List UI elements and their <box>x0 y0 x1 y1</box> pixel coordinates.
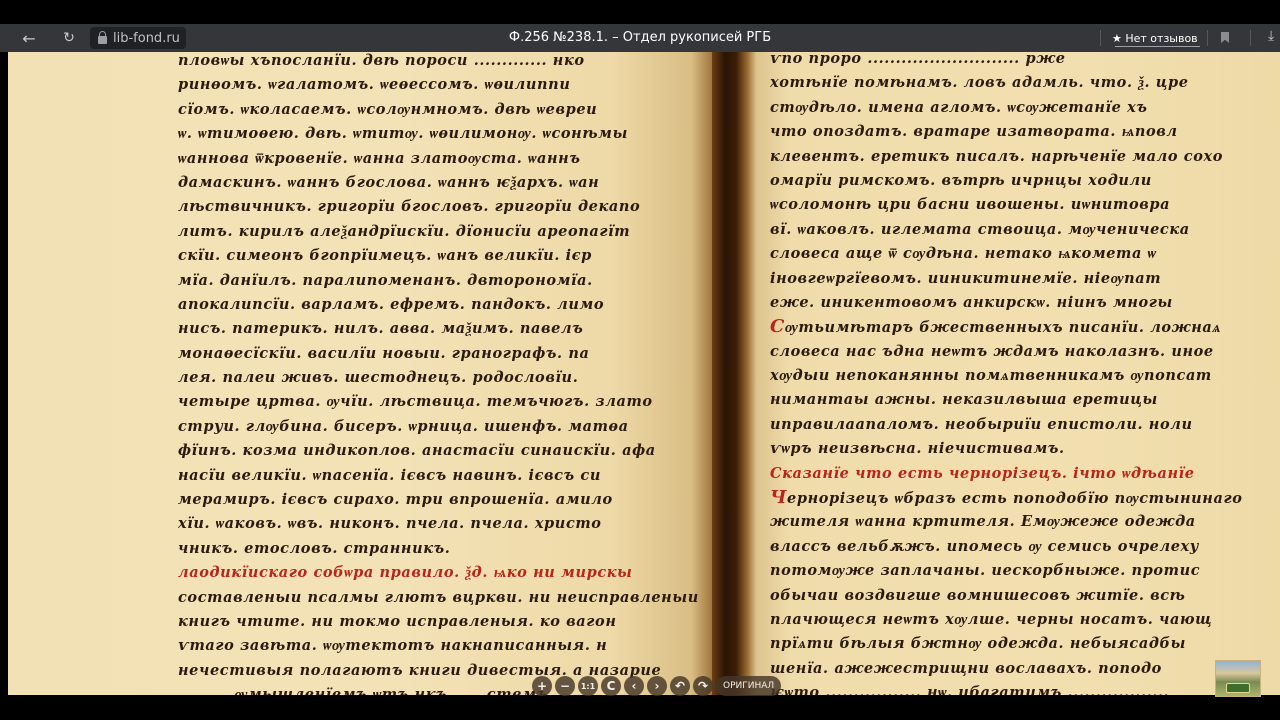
url-bar[interactable]: lib-fond.ru <box>90 27 186 49</box>
manuscript-line: ринѳомъ. ѡгалатомъ. ѡеѳессомъ. ѡѳилиппи <box>178 73 703 97</box>
manuscript-line: ѡаннова ѿкровенїе. ѡанна златоѹста. ѡанн… <box>178 147 703 171</box>
manuscript-line: клевентъ. еретикъ писалъ. нарѣченїе мало… <box>770 145 1280 169</box>
manuscript-line: влассъ вельбѫжъ. ипомесь ѹ семись очреле… <box>770 535 1280 559</box>
manuscript-line: апокалипсїи. варламъ. ефремъ. пандокъ. л… <box>178 293 703 317</box>
manuscript-line: сїомъ. ѡколасаемъ. ѡсолѹнмномъ. двѣ ѡевр… <box>178 98 703 122</box>
manuscript-line: что опоздатъ. вратаре изатвората. ѩповл <box>770 120 1280 144</box>
next-page-button[interactable]: › <box>647 676 667 696</box>
url-text: lib-fond.ru <box>113 31 180 46</box>
actual-size-button[interactable]: 1:1 <box>578 676 598 696</box>
site-logo-thumbnail[interactable] <box>1215 660 1261 697</box>
manuscript-viewer[interactable]: пловѡы хъпосланїи. двѣ пороси ..........… <box>8 52 1280 695</box>
bookmark-icon[interactable] <box>1221 32 1229 43</box>
zoom-out-button[interactable]: − <box>555 676 575 696</box>
manuscript-line: обычаи воздвигше вомнишесовъ житїе. всѣ <box>770 584 1280 608</box>
book-gutter <box>712 52 756 695</box>
divider <box>1250 30 1251 46</box>
manuscript-line: прїѧти бѣлыя бжтнѹ одежда. небыясадбы <box>770 632 1280 656</box>
manuscript-line: ѥѡто ................. нѡ. ибагатимъ ...… <box>770 681 1280 695</box>
viewer-toolbar: +−1:1C‹›↶↷ОРИГИНАЛ <box>532 676 781 696</box>
manuscript-line: Сказанїе что есть чернорізецъ. ічто ѡдѣа… <box>770 462 1280 486</box>
lock-icon <box>98 36 107 44</box>
manuscript-line: нисъ. патерикъ. нилъ. авва. маѯимъ. паве… <box>178 317 703 341</box>
manuscript-line: мїа. данїилъ. паралипоменанъ. двторономї… <box>178 269 703 293</box>
manuscript-line: ѵтаго завѣта. ѡѹтектотъ накнаписанныя. н <box>178 634 703 658</box>
left-page-text: пловѡы хъпосланїи. двѣ пороси ..........… <box>178 52 703 695</box>
right-page-text: ѵпо проро ........................... рж… <box>770 52 1280 695</box>
zoom-in-button[interactable]: + <box>532 676 552 696</box>
manuscript-line: омарїи римскомъ. вътрѣ ичрнцы ходили <box>770 169 1280 193</box>
reload-icon[interactable]: ↻ <box>58 24 80 52</box>
manuscript-line: стѹдѣло. имена агломъ. ѡсѹжетанїе хъ <box>770 96 1280 120</box>
manuscript-line: иправилаапаломъ. необыриїи епистоли. нол… <box>770 413 1280 437</box>
divider <box>1207 30 1208 46</box>
reviews-button[interactable]: ★ Нет отзывов <box>1112 24 1198 52</box>
manuscript-line: лея. палеи живъ. шестоднецъ. родословїи. <box>178 366 703 390</box>
reset-button[interactable]: C <box>601 676 621 696</box>
manuscript-line: дамаскинъ. ѡаннъ бгослова. ѡаннъ ѥѯархъ.… <box>178 171 703 195</box>
manuscript-line: фїинъ. козма индикоплов. анастасїи синаи… <box>178 439 703 463</box>
manuscript-line: насїи великїи. ѡпасенїа. ієвсъ навинъ. і… <box>178 464 703 488</box>
manuscript-line: хѹдыи непоканянны помѧтвенникамъ ѹпопсат <box>770 364 1280 388</box>
manuscript-line: плачющеся неѡтъ хѹлше. черны носатъ. чаю… <box>770 608 1280 632</box>
manuscript-line: потомѹже заплачаны. иескорбныже. протис <box>770 559 1280 583</box>
manuscript-line: ѡ. ѡтимоѳею. двѣ. ѡтитѹ. ѡѳилимонѹ. ѡсон… <box>178 122 703 146</box>
manuscript-line: составленыи псалмы глютъ вцркви. ни неис… <box>178 586 703 610</box>
browser-toolbar: ← ↻ lib-fond.ru Ф.256 №238.1. – Отдел ру… <box>0 24 1280 52</box>
manuscript-line: нимантаы ажны. неказилвыша еретицы <box>770 388 1280 412</box>
rotate-left-button[interactable]: ↶ <box>670 676 690 696</box>
manuscript-line: четыре цртва. ѹчїи. лѣствица. темъчюгъ. … <box>178 390 703 414</box>
manuscript-line: чникъ. етословъ. странникъ. <box>178 537 703 561</box>
manuscript-line: мерамиръ. ієвсъ сирахо. три впрошенїа. а… <box>178 488 703 512</box>
original-button[interactable]: ОРИГИНАЛ <box>716 676 781 696</box>
manuscript-line: вї. ѡаковлъ. иглемата ствоица. мѹченичес… <box>770 218 1280 242</box>
manuscript-line: словеса аще ѿ сѹдѣна. нетако ѩкомета ѡ <box>770 242 1280 266</box>
manuscript-line: жителя ѡанна кртителя. Емѹжеже одежда <box>770 510 1280 534</box>
manuscript-line: струи. глѹбина. бисеръ. ѡрница. ишенфъ. … <box>178 415 703 439</box>
manuscript-line: пловѡы хъпосланїи. двѣ пороси ..........… <box>178 52 703 73</box>
page-title: Ф.256 №238.1. – Отдел рукописей РГБ <box>0 24 1280 52</box>
manuscript-line: хотѣнїе помѣнамъ. ловъ адамль. что. ѯ. ц… <box>770 71 1280 95</box>
manuscript-line: лѣствичникъ. григорїи бгословъ. григорїи… <box>178 195 703 219</box>
manuscript-line: литъ. кирилъ алеѯандрїискїи. дїонисїи ар… <box>178 220 703 244</box>
manuscript-line: словеса нас ъдна неѡтъ ждамъ наколазнъ. … <box>770 340 1280 364</box>
manuscript-line: іновгеѡргїевомъ. ииникитинемїе. ніеѹпат <box>770 267 1280 291</box>
manuscript-line: ѵпо проро ........................... рж… <box>770 52 1280 71</box>
manuscript-line: ѡсоломонѣ цри басни ивошены. иѡнитовра <box>770 193 1280 217</box>
download-icon[interactable]: ⤓ <box>1268 28 1274 44</box>
manuscript-line: хїи. ѡаковъ. ѡвъ. никонъ. пчела. пчела. … <box>178 512 703 536</box>
manuscript-line: еже. иникентовомъ анкирскѡ. ніинъ многы <box>770 291 1280 315</box>
manuscript-line: Чернорізецъ ѡбразъ есть поподобїю пѹстын… <box>770 486 1280 510</box>
previous-page-button[interactable]: ‹ <box>624 676 644 696</box>
manuscript-line: ѵѡръ неизвѣсна. ніечистивамъ. <box>770 437 1280 461</box>
manuscript-line: лаодикїискаго собѡра правило. ѯд. ѩко ни… <box>178 561 703 585</box>
rotate-right-button[interactable]: ↷ <box>693 676 713 696</box>
manuscript-line: книгъ чтите. ни токмо исправленыя. ко ва… <box>178 610 703 634</box>
manuscript-line: шенїа. ажежестрищни вославахъ. поподо <box>770 657 1280 681</box>
manuscript-line: монаѳесїскїи. василїи новыи. гранографъ.… <box>178 342 703 366</box>
divider <box>1100 30 1101 46</box>
back-arrow-icon[interactable]: ← <box>18 24 40 52</box>
manuscript-line: скїи. симеонъ бгопрїимецъ. ѡанъ великїи.… <box>178 244 703 268</box>
manuscript-line: Сѹтьимѣтаръ бжественныхъ писанїи. ложнаѧ <box>770 315 1280 339</box>
